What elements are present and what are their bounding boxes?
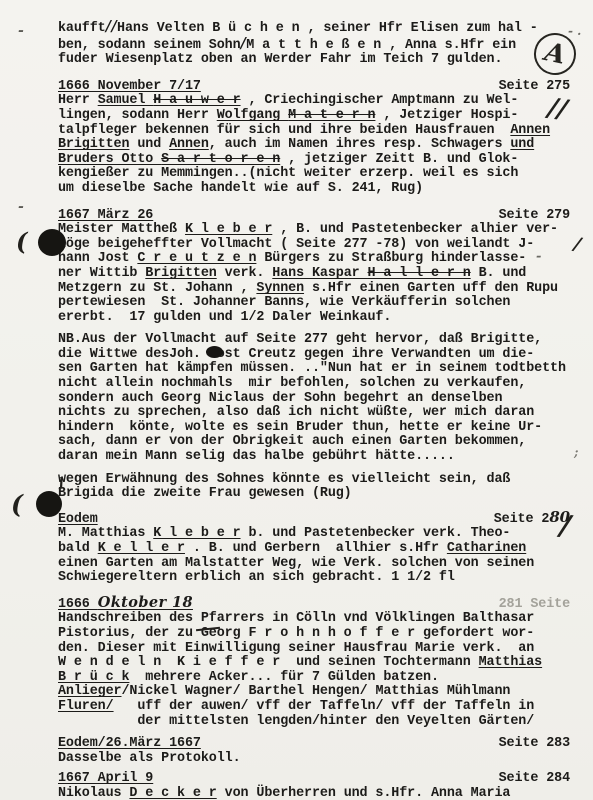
line-text: kengießer zu Memmingen..(nicht weiter er… <box>58 166 518 181</box>
text-segment: Metzgern zu St. Johann , <box>58 281 256 296</box>
text-segment: Pistorius, der zu Georg F r o h n h o f … <box>58 626 534 641</box>
line-text: W e n d e l n K i e f f e r und seinen T… <box>58 655 542 670</box>
page-reference: Seite 283 <box>499 737 570 752</box>
text-segment: . B. und Gerbern allhier s.Hfr <box>185 541 447 556</box>
line-text: nicht allein nochmahls mir befohlen, sol… <box>58 376 526 391</box>
text-line: sen Garten hat kämpfen müssen. .."Nun ha… <box>58 362 570 377</box>
entry-heading-line: 1666 Oktober 18281 Seite <box>58 596 570 613</box>
page-reference: 281 Seite <box>499 598 570 613</box>
text-line: Fluren/ uff der auwen/ vff der Taffeln/ … <box>58 700 570 715</box>
text-line: einen Garten am Malstatter Weg, wie Verk… <box>58 557 570 572</box>
line-text: hann Jost C r e u t z e n Bürgers zu Str… <box>58 251 526 266</box>
line-text: 1666 November 7/17 <box>58 80 201 95</box>
text-segment: Handschreiben des Pfarrers in Cölln vnd … <box>58 611 534 626</box>
text-segment: Seite 279 <box>499 208 570 223</box>
text-segment: pertewiesen St. Johanner Banns, wie Verk… <box>58 295 510 310</box>
text-segment: Meister Mattheß <box>58 222 185 237</box>
text-segment: von Überherren und s.Hfr. Anna Maria <box>217 786 511 800</box>
line-text: um dieselbe Sache handelt wie auf S. 241… <box>58 181 423 196</box>
text-line: Anlieger/Nickel Wagner/ Barthel Hengen/ … <box>58 685 570 700</box>
text-segment: Seite 284 <box>499 771 570 786</box>
text-segment: M a t t h e ß e n , Anna s.Hfr ein <box>246 38 516 53</box>
text-segment: bald <box>58 541 98 556</box>
entry-heading-line: EodemSeite 280 <box>58 510 570 528</box>
line-text: Eodem/26.März 1667 <box>58 737 201 752</box>
line-text: möge beigeheffter Vollmacht ( Seite 277 … <box>58 237 534 252</box>
line-text: sen Garten hat kämpfen müssen. .."Nun ha… <box>58 361 566 376</box>
text-segment: Wolfgang <box>217 108 288 123</box>
line-text: kaufft//Hans Velten B ü c h e n , seiner… <box>58 21 538 36</box>
text-segment: B r ü c k <box>58 670 129 685</box>
text-segment: W e n d e l n K i e f f e r und seinen T… <box>58 655 479 670</box>
line-text: einen Garten am Malstatter Weg, wie Verk… <box>58 556 534 571</box>
text-segment: H a u w e r <box>153 93 240 108</box>
text-segment: Schwiegereltern erblich an sich gebracht… <box>58 570 455 585</box>
ink-blob <box>38 229 66 256</box>
text-segment: M. Matthias <box>58 526 153 541</box>
line-text: Pistorius, der zu Georg F r o h n h o f … <box>58 626 534 641</box>
line-text: der mittelsten lengden/hinter den Veyelt… <box>58 714 534 729</box>
text-segment: 1667 März 26 <box>58 208 153 223</box>
margin-dash: - <box>18 24 24 38</box>
line-text: pertewiesen St. Johanner Banns, wie Verk… <box>58 295 510 310</box>
line-text: Herr Samuel H a u w e r , Criechingische… <box>58 93 518 108</box>
line-text: 1666 Oktober 18 <box>58 596 193 613</box>
text-segment: kengießer zu Memmingen..(nicht weiter er… <box>58 166 518 181</box>
text-segment: Seite 283 <box>499 736 570 751</box>
entry-heading-line: 1666 November 7/17Seite 275 <box>58 80 570 95</box>
text-segment: // <box>106 18 117 35</box>
text-segment: H a l l e r n <box>368 266 471 281</box>
text-segment: Annen <box>169 137 209 152</box>
text-segment: K l e b e r <box>185 222 272 237</box>
page-reference: Seite 275 <box>499 80 570 95</box>
entry-block: kaufft//Hans Velten B ü c h e n , seiner… <box>58 20 570 68</box>
text-segment: Brigitten <box>58 137 129 152</box>
line-text: sondern auch Georg Niclaus der Sohn bege… <box>58 391 502 406</box>
text-line: Herr Samuel H a u w e r , Criechingische… <box>58 94 570 109</box>
line-text: den. Dieser mit Einwilligung seiner Haus… <box>58 641 534 656</box>
text-segment: hindern könte, wolte es sein Bruder thun… <box>58 420 542 435</box>
text-segment: kaufft <box>58 21 106 36</box>
text-segment: Eodem/26.März 1667 <box>58 736 201 751</box>
entry-block: 1667 April 9Seite 284Nikolaus D e c k e … <box>58 772 570 800</box>
text-segment: talpfleger bekennen für sich und ihre be… <box>58 123 510 138</box>
text-segment: sondern auch Georg Niclaus der Sohn bege… <box>58 391 502 406</box>
text-line: wegen Erwähnung des Sohnes könnte es vie… <box>58 473 570 488</box>
line-text: ben, sodann seinem Sohn/M a t t h e ß e … <box>58 38 516 53</box>
text-segment: Dasselbe als Protokoll. <box>58 751 241 766</box>
text-line: daran mein Mann selig das halbe gebührt … <box>58 450 570 465</box>
line-text: daran mein Mann selig das halbe gebührt … <box>58 449 455 464</box>
entry-block: EodemSeite 280M. Matthias K l e b e r b.… <box>58 510 570 586</box>
line-text: die Wittwe desJoh. Jost Creutz gegen ihr… <box>58 347 534 362</box>
text-segment: S a r t o r e n <box>161 152 280 167</box>
line-text: Brigitten und Annen, auch im Namen ihres… <box>58 137 534 152</box>
text-segment: und <box>510 137 534 152</box>
text-line: bald K e l l e r . B. und Gerbern allhie… <box>58 542 570 557</box>
text-segment: möge beigeheffter Vollmacht ( Seite 277 … <box>58 237 534 252</box>
line-text: Brigida die zweite Frau gewesen (Rug) <box>58 486 352 501</box>
entry-block: 1666 Oktober 18281 SeiteHandschreiben de… <box>58 596 570 729</box>
text-segment: Annen <box>510 123 550 138</box>
line-text: bald K e l l e r . B. und Gerbern allhie… <box>58 541 526 556</box>
text-line: nichts zu sprechen, also daß ich nicht w… <box>58 406 570 421</box>
double-slash-annotation: // <box>546 95 568 123</box>
text-segment: Seite 275 <box>499 79 570 94</box>
line-text: Handschreiben des Pfarrers in Cölln vnd … <box>58 611 534 626</box>
text-segment: , auch im Namen ihres resp. Schwagers <box>209 137 511 152</box>
text-segment: Bruders Otto <box>58 152 161 167</box>
text-line: um dieselbe Sache handelt wie auf S. 241… <box>58 182 570 197</box>
text-segment: Synnen <box>256 281 304 296</box>
text-segment: sen Garten hat kämpfen müssen. .."Nun ha… <box>58 361 566 376</box>
entry-heading-line: 1667 April 9Seite 284 <box>58 772 570 787</box>
paren-annotation: ( <box>11 492 23 517</box>
line-text: sach, dann er von der Obrigkeit auch ein… <box>58 434 526 449</box>
text-line: Metzgern zu St. Johann , Synnen s.Hfr ei… <box>58 282 570 297</box>
line-text: NB.Aus der Vollmacht auf Seite 277 geht … <box>58 332 542 347</box>
text-line: NB.Aus der Vollmacht auf Seite 277 geht … <box>58 333 570 348</box>
entry-block: 1666 November 7/17Seite 275Herr Samuel H… <box>58 80 570 197</box>
margin-dash: - <box>536 250 541 263</box>
line-text: Schwiegereltern erblich an sich gebracht… <box>58 570 455 585</box>
text-line: kengießer zu Memmingen..(nicht weiter er… <box>58 167 570 182</box>
text-segment: fuder Wiesenplatz oben an Werder Fahr im… <box>58 52 502 67</box>
line-text: Meister Mattheß K l e b e r , B. und Pas… <box>58 222 558 237</box>
text-segment: Brigida die zweite Frau gewesen (Rug) <box>58 486 352 501</box>
line-text: ner Wittib Brigitten verk. Hans Kaspar H… <box>58 266 526 281</box>
text-segment: Eodem <box>58 512 98 527</box>
text-line: hann Jost C r e u t z e n Bürgers zu Str… <box>58 252 570 267</box>
text-segment: B. und <box>471 266 527 281</box>
text-segment: K e l l e r <box>98 541 185 556</box>
line-text: 1667 März 26 <box>58 209 153 224</box>
text-segment: Nikolaus <box>58 786 129 800</box>
text-segment: lingen, sodann Herr <box>58 108 217 123</box>
line-text: Eodem <box>58 513 98 528</box>
text-line: lingen, sodann Herr Wolfgang M a t e r n… <box>58 109 570 124</box>
text-segment: ererbt. 17 gulden und 1/2 Daler Weinkauf… <box>58 310 391 325</box>
text-segment: , Jetziger Hospi- <box>375 108 518 123</box>
text-segment: Matthias <box>479 655 543 670</box>
text-line: ner Wittib Brigitten verk. Hans Kaspar H… <box>58 267 570 282</box>
text-segment: uff der auwen/ vff der Taffeln/ vff der … <box>114 699 535 714</box>
text-line: sach, dann er von der Obrigkeit auch ein… <box>58 435 570 450</box>
text-segment: , jetziger Zeitt B. und Glok- <box>280 152 518 167</box>
text-line: Schwiegereltern erblich an sich gebracht… <box>58 571 570 586</box>
text-segment: C r e u t z e n <box>137 251 256 266</box>
text-segment: ben, sodann seinem Sohn <box>58 38 241 53</box>
line-text: lingen, sodann Herr Wolfgang M a t e r n… <box>58 108 518 123</box>
paren-annotation: ( <box>16 230 27 254</box>
text-segment: Samuel <box>98 93 154 108</box>
text-segment: nicht allein nochmahls mir befohlen, sol… <box>58 376 526 391</box>
text-segment: Bürgers zu Straßburg hinderlasse- <box>256 251 526 266</box>
text-segment: der mittelsten lengden/hinter den Veyelt… <box>58 714 534 729</box>
line-text: M. Matthias K l e b e r b. und Pastetenb… <box>58 526 510 541</box>
entry-heading-line: Eodem/26.März 1667Seite 283 <box>58 737 570 752</box>
line-text: nichts zu sprechen, also daß ich nicht w… <box>58 405 534 420</box>
text-line: pertewiesen St. Johanner Banns, wie Verk… <box>58 296 570 311</box>
line-text: 1667 April 9 <box>58 772 153 787</box>
text-segment: Anlieger <box>58 684 122 699</box>
text-line: W e n d e l n K i e f f e r und seinen T… <box>58 656 570 671</box>
text-line: Bruders Otto S a r t o r e n , jetziger … <box>58 153 570 168</box>
text-segment: einen Garten am Malstatter Weg, wie Verk… <box>58 556 534 571</box>
text-line: Brigida die zweite Frau gewesen (Rug) <box>58 487 570 502</box>
text-segment: um dieselbe Sache handelt wie auf S. 241… <box>58 181 423 196</box>
slash-annotation: / <box>572 236 582 255</box>
text-line: die Wittwe desJoh. Jost Creutz gegen ihr… <box>58 348 570 363</box>
text-line: fuder Wiesenplatz oben an Werder Fahr im… <box>58 53 570 68</box>
page-reference: Seite 279 <box>499 209 570 224</box>
text-segment: 1666 November 7/17 <box>58 79 201 94</box>
text-line: kaufft//Hans Velten B ü c h e n , seiner… <box>58 20 570 37</box>
text-segment: Herr <box>58 93 98 108</box>
line-text: wegen Erwähnung des Sohnes könnte es vie… <box>58 472 510 487</box>
entry-block: wegen Erwähnung des Sohnes könnte es vie… <box>58 473 570 502</box>
text-segment: verk. <box>217 266 273 281</box>
text-segment: , B. und Pastetenbecker alhier ver- <box>272 222 558 237</box>
text-segment: ner Wittib <box>58 266 145 281</box>
page-reference: Seite 284 <box>499 772 570 787</box>
text-line: M. Matthias K l e b e r b. und Pastetenb… <box>58 527 570 542</box>
text-segment: Catharinen <box>447 541 526 556</box>
text-line: ben, sodann seinem Sohn/M a t t h e ß e … <box>58 37 570 54</box>
text-line: Meister Mattheß K l e b e r , B. und Pas… <box>58 223 570 238</box>
margin-dash: - <box>18 200 24 214</box>
line-text: B r ü c k mehrere Acker... für 7 Gülden … <box>58 670 439 685</box>
text-segment: Oktober 18 <box>98 594 193 611</box>
entry-block: 1667 März 26Seite 279Meister Mattheß K l… <box>58 209 570 326</box>
text-line: B r ü c k mehrere Acker... für 7 Gülden … <box>58 671 570 686</box>
text-line: sondern auch Georg Niclaus der Sohn bege… <box>58 392 570 407</box>
text-segment: 1667 April 9 <box>58 771 153 786</box>
page-reference: Seite 280 <box>494 510 570 528</box>
text-line: möge beigeheffter Vollmacht ( Seite 277 … <box>58 238 570 253</box>
line-text: Nikolaus D e c k e r von Überherren und … <box>58 786 510 800</box>
text-segment: 281 Seite <box>499 597 570 612</box>
entry-heading-line: 1667 März 26Seite 279 <box>58 209 570 224</box>
text-segment: Hans Kaspar <box>272 266 367 281</box>
text-line: hindern könte, wolte es sein Bruder thun… <box>58 421 570 436</box>
text-line: nicht allein nochmahls mir befohlen, sol… <box>58 377 570 392</box>
line-text: Dasselbe als Protokoll. <box>58 751 241 766</box>
text-segment: den. Dieser mit Einwilligung seiner Haus… <box>58 641 534 656</box>
text-segment: K l e b e r <box>153 526 240 541</box>
line-text: talpfleger bekennen für sich und ihre be… <box>58 123 550 138</box>
text-segment: und <box>129 137 169 152</box>
text-segment: mehrere Acker... für 7 Gülden batzen. <box>129 670 439 685</box>
text-line: ererbt. 17 gulden und 1/2 Daler Weinkauf… <box>58 311 570 326</box>
text-segment: daran mein Mann selig das halbe gebührt … <box>58 449 455 464</box>
text-segment: Brigitten <box>145 266 216 281</box>
text-segment: Seite 2 <box>494 512 550 527</box>
line-text: Bruders Otto S a r t o r e n , jetziger … <box>58 152 518 167</box>
text-segment: die Wittwe desJoh. Jost Creutz gegen ihr… <box>58 347 534 362</box>
text-segment: b. und Pastetenbecker verk. Theo- <box>241 526 511 541</box>
text-line: den. Dieser mit Einwilligung seiner Haus… <box>58 642 570 657</box>
text-segment: Hans Velten B ü c h e n , seiner Hfr Eli… <box>117 21 538 36</box>
text-segment: hann Jost <box>58 251 137 266</box>
line-text: hindern könte, wolte es sein Bruder thun… <box>58 420 542 435</box>
text-segment: D e c k e r <box>129 786 216 800</box>
text-line: Pistorius, der zu Georg F r o h n h o f … <box>58 627 570 642</box>
text-segment: s.Hfr einen Garten uff den Rupu <box>304 281 558 296</box>
text-line: der mittelsten lengden/hinter den Veyelt… <box>58 715 570 730</box>
entry-block: NB.Aus der Vollmacht auf Seite 277 geht … <box>58 333 570 464</box>
text-segment: nichts zu sprechen, also daß ich nicht w… <box>58 405 534 420</box>
line-text: Metzgern zu St. Johann , Synnen s.Hfr ei… <box>58 281 558 296</box>
line-text: Fluren/ uff der auwen/ vff der Taffeln/ … <box>58 699 534 714</box>
ink-blob <box>36 491 62 517</box>
text-segment: /Nickel Wagner/ Barthel Hengen/ Matthias… <box>122 684 511 699</box>
text-line: Handschreiben des Pfarrers in Cölln vnd … <box>58 612 570 627</box>
text-column: kaufft//Hans Velten B ü c h e n , seiner… <box>58 20 570 800</box>
margin-dash: - . <box>568 25 581 37</box>
text-line: Nikolaus D e c k e r von Überherren und … <box>58 787 570 800</box>
line-text: ererbt. 17 gulden und 1/2 Daler Weinkauf… <box>58 310 391 325</box>
text-line: Brigitten und Annen, auch im Namen ihres… <box>58 138 570 153</box>
margin-dash: ; <box>574 446 578 458</box>
text-line: talpfleger bekennen für sich und ihre be… <box>58 124 570 139</box>
text-segment: Fluren/ <box>58 699 114 714</box>
line-text: Anlieger/Nickel Wagner/ Barthel Hengen/ … <box>58 684 510 699</box>
text-segment: wegen Erwähnung des Sohnes könnte es vie… <box>58 472 510 487</box>
ink-blob <box>206 346 223 358</box>
text-segment: , Criechingischer Amptmann zu Wel- <box>241 93 519 108</box>
text-segment: sach, dann er von der Obrigkeit auch ein… <box>58 434 526 449</box>
text-line: Dasselbe als Protokoll. <box>58 752 570 767</box>
text-segment: M a t e r n <box>288 108 375 123</box>
text-segment: NB.Aus der Vollmacht auf Seite 277 geht … <box>58 332 542 347</box>
entry-block: Eodem/26.März 1667Seite 283Dasselbe als … <box>58 737 570 766</box>
line-text: fuder Wiesenplatz oben an Werder Fahr im… <box>58 52 502 67</box>
text-segment: 1666 <box>58 597 98 612</box>
scanned-document-page: kaufft//Hans Velten B ü c h e n , seiner… <box>0 0 593 800</box>
